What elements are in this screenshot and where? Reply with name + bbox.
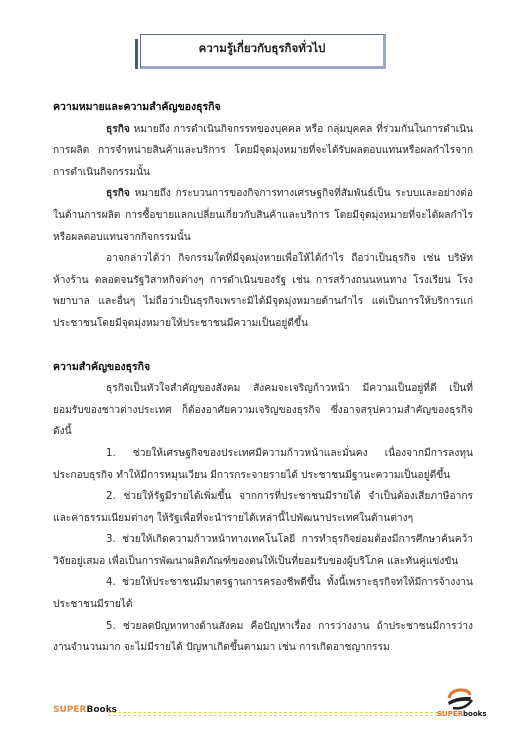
paragraph-intro: ธุรกิจเป็นหัวใจสำคัญของสังคม สังคมจะเจริ… xyxy=(53,378,473,443)
term-bold: ธุรกิจ xyxy=(106,188,130,199)
section-heading-meaning: ความหมายและความสำคัญของธุรกิจ xyxy=(53,97,473,119)
term-bold: ธุรกิจ xyxy=(106,124,130,135)
list-item: 1. ช่วยให้เศรษฐกิจของประเทศมีความก้าวหน้… xyxy=(53,443,473,486)
paragraph: ธุรกิจ หมายถึง กระบวนการของกิจการทางเศรษ… xyxy=(53,183,473,248)
superbooks-logo: SUPERbooks xyxy=(437,688,493,722)
title-accent-bar xyxy=(135,39,138,69)
paragraph: ธุรกิจ หมายถึง การดำเนินกิจกรรทของบุคคล … xyxy=(53,119,473,184)
page-title: ความรู้เกี่ยวกับธุรกิจทั่วไป xyxy=(199,41,326,55)
paragraph: อาจกล่าวได้ว่า กิจกรรมใดที่มีจุดมุ่งหายเ… xyxy=(53,248,473,334)
footer-brand-super: SUPER xyxy=(53,705,86,715)
page-footer: SUPERBooks xyxy=(53,705,473,721)
list-item: 2. ช่วยให้รัฐมีรายได้เพิ่มขึ้น จากการที่… xyxy=(53,486,473,529)
book-swoosh-icon xyxy=(445,688,475,712)
title-box: ความรู้เกี่ยวกับธุรกิจทั่วไป xyxy=(140,34,386,69)
list-item: 4. ช่วยให้ประชาชนมีมาตรฐานการครองชีพดีขึ… xyxy=(53,572,473,615)
logo-wordmark: SUPERbooks xyxy=(437,710,486,718)
document-body: ความหมายและความสำคัญของธุรกิจ ธุรกิจ หมา… xyxy=(53,97,473,659)
footer-dashed-rule xyxy=(108,712,443,716)
list-item: 5. ช่วยลดปัญหาทางด้านสังคม คือปัญหาเรื่อ… xyxy=(53,616,473,659)
list-item: 3. ช่วยให้เกิดความก้าวหน้าทางเทคโนโลยี ก… xyxy=(53,529,473,572)
section-heading-importance: ความสำคัญของธุรกิจ xyxy=(53,357,473,379)
